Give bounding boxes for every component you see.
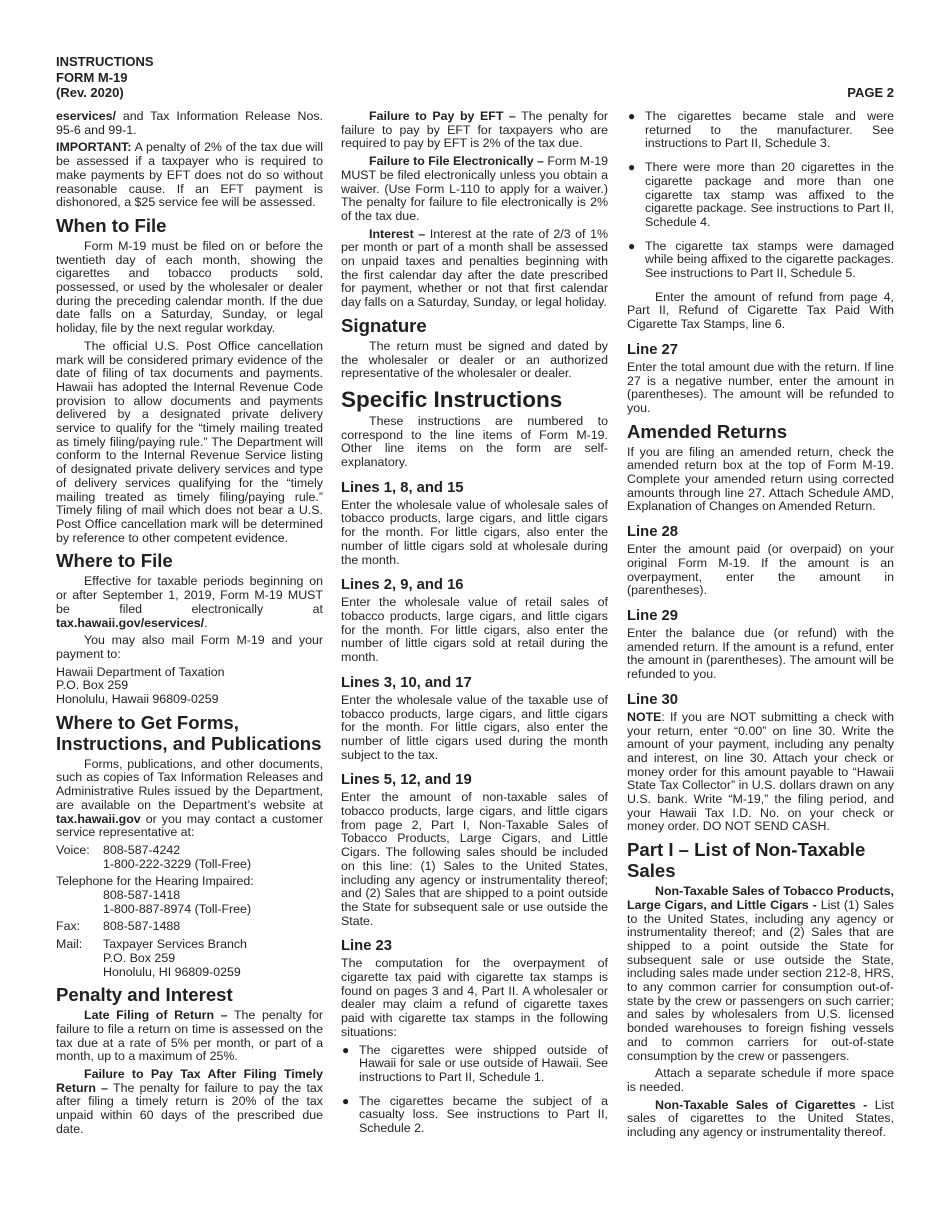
interest-label: Interest – [369, 227, 425, 241]
refund-paragraph: Enter the amount of refund from page 4, … [627, 291, 894, 332]
list-item: ●The cigarette tax stamps were damaged w… [627, 240, 894, 281]
contact-voice: Voice: 808-587-4242 1-800-222-3229 (Toll… [56, 844, 323, 871]
refund-situations-bullets: ●The cigarettes became stale and were re… [627, 110, 894, 281]
line-30-paragraph: NOTE: If you are NOT submitting a check … [627, 711, 894, 834]
important-paragraph: IMPORTANT: A penalty of 2% of the tax du… [56, 141, 323, 210]
line-29-heading: Line 29 [627, 607, 894, 625]
interest-paragraph: Interest – Interest at the rate of 2/3 o… [341, 228, 608, 310]
failure-to-pay-paragraph: Failure to Pay Tax After Filing Timely R… [56, 1068, 323, 1137]
bullet-icon: ● [342, 1044, 349, 1058]
bullet-icon: ● [628, 240, 635, 254]
address-line: Hawaii Department of Taxation [56, 666, 323, 680]
header-form-number: FORM M-19 [56, 70, 154, 86]
line-23-text: The computation for the overpayment of c… [341, 957, 608, 1039]
bullet-text: The cigarettes became stale and were ret… [645, 109, 894, 150]
lines-2-9-16-heading: Lines 2, 9, and 16 [341, 576, 608, 594]
part-1-tobacco-paragraph: Non-Taxable Sales of Tobacco Products, L… [627, 885, 894, 1063]
address-line: P.O. Box 259 [56, 679, 323, 693]
hearing-number: 808-587-1418 [103, 889, 323, 903]
line-28-text: Enter the amount paid (or overpaid) on y… [627, 543, 894, 598]
intro-link-text: eservices/ [56, 109, 116, 123]
line-23-bullets: ●The cigarettes were shipped outside of … [341, 1044, 608, 1136]
bullet-text: The cigarettes became the subject of a c… [359, 1094, 608, 1135]
mailing-address: Hawaii Department of Taxation P.O. Box 2… [56, 666, 323, 707]
line-30-heading: Line 30 [627, 691, 894, 709]
eft-paragraph: Failure to Pay by EFT – The penalty for … [341, 110, 608, 151]
part-1-cigarettes-paragraph: Non-Taxable Sales of Cigarettes - List s… [627, 1099, 894, 1140]
line-30-text: : If you are NOT submitting a check with… [627, 710, 894, 834]
eft-label: Failure to Pay by EFT – [369, 109, 516, 123]
hearing-impaired-label: Telephone for the Hearing Impaired: [56, 875, 323, 889]
tobacco-text: List (1) Sales to the United States, inc… [627, 898, 894, 1063]
line-23-heading: Line 23 [341, 937, 608, 955]
page-number: PAGE 2 [847, 86, 894, 100]
line-29-text: Enter the balance due (or refund) with t… [627, 627, 894, 682]
bullet-text: There were more than 20 cigarettes in th… [645, 160, 894, 229]
mail-line: Honolulu, HI 96809-0259 [103, 966, 323, 980]
mail-line: P.O. Box 259 [103, 952, 323, 966]
when-to-file-p2: The official U.S. Post Office cancellati… [56, 340, 323, 546]
line-27-text: Enter the total amount due with the retu… [627, 361, 894, 416]
header-revision: (Rev. 2020) [56, 85, 154, 101]
when-to-file-p1: Form M-19 must be filed on or before the… [56, 240, 323, 336]
contact-hearing: 808-587-1418 1-800-887-8974 (Toll-Free) [56, 889, 323, 916]
voice-label: Voice: [56, 844, 103, 871]
part-1-heading: Part I – List of Non-Taxable Sales [627, 839, 894, 881]
bullet-icon: ● [342, 1095, 349, 1109]
efile-paragraph: Failure to File Electronically – Form M-… [341, 155, 608, 224]
forms-text: Forms, publications, and other documents… [56, 757, 323, 812]
when-to-file-heading: When to File [56, 215, 323, 236]
voice-tollfree: 1-800-222-3229 (Toll-Free) [103, 858, 323, 872]
where-to-get-forms-heading: Where to Get Forms, Instructions, and Pu… [56, 712, 323, 754]
contact-mail: Mail: Taxpayer Services Branch P.O. Box … [56, 938, 323, 979]
specific-instructions-paragraph: These instructions are numbered to corre… [341, 415, 608, 470]
where-to-file-text: Effective for taxable periods beginning … [56, 574, 323, 615]
where-to-file-p2: You may also mail Form M-19 and your pay… [56, 634, 323, 661]
fax-number: 808-587-1488 [103, 920, 323, 934]
list-item: ●The cigarettes became the subject of a … [341, 1095, 608, 1136]
amended-returns-text: If you are filing an amended return, che… [627, 446, 894, 515]
penalty-interest-heading: Penalty and Interest [56, 984, 323, 1005]
header-title: INSTRUCTIONS [56, 54, 154, 70]
list-item: ●The cigarettes were shipped outside of … [341, 1044, 608, 1085]
lines-1-8-15-text: Enter the wholesale value of wholesale s… [341, 499, 608, 568]
line-27-heading: Line 27 [627, 341, 894, 359]
lines-1-8-15-heading: Lines 1, 8, and 15 [341, 479, 608, 497]
mail-line: Taxpayer Services Branch [103, 938, 323, 952]
signature-heading: Signature [341, 315, 608, 336]
fax-label: Fax: [56, 920, 103, 934]
note-label: NOTE [627, 710, 661, 724]
lines-3-10-17-heading: Lines 3, 10, and 17 [341, 674, 608, 692]
form-header: INSTRUCTIONS FORM M-19 (Rev. 2020) [56, 54, 154, 101]
column-middle: Failure to Pay by EFT – The penalty for … [341, 110, 608, 1146]
lines-3-10-17-text: Enter the wholesale value of the taxable… [341, 694, 608, 763]
line-28-heading: Line 28 [627, 523, 894, 541]
column-left: eservices/ and Tax Information Release N… [56, 110, 323, 1141]
intro-paragraph: eservices/ and Tax Information Release N… [56, 110, 323, 137]
where-to-file-heading: Where to File [56, 550, 323, 571]
late-filing-label: Late Filing of Return – [84, 1008, 228, 1022]
hearing-tollfree: 1-800-887-8974 (Toll-Free) [103, 903, 323, 917]
amended-returns-heading: Amended Returns [627, 421, 894, 442]
eservices-link[interactable]: tax.hawaii.gov/eservices/ [56, 616, 204, 630]
late-filing-paragraph: Late Filing of Return – The penalty for … [56, 1009, 323, 1064]
forms-paragraph: Forms, publications, and other documents… [56, 758, 323, 840]
bullet-icon: ● [628, 110, 635, 124]
bullet-icon: ● [628, 161, 635, 175]
where-to-file-p1: Effective for taxable periods beginning … [56, 575, 323, 630]
list-item: ●There were more than 20 cigarettes in t… [627, 161, 894, 230]
list-item: ●The cigarettes became stale and were re… [627, 110, 894, 151]
signature-paragraph: The return must be signed and dated by t… [341, 340, 608, 381]
address-line: Honolulu, Hawaii 96809-0259 [56, 693, 323, 707]
where-to-file-end: . [204, 616, 207, 630]
website-link[interactable]: tax.hawaii.gov [56, 812, 141, 826]
specific-instructions-heading: Specific Instructions [341, 387, 608, 413]
bullet-text: The cigarette tax stamps were damaged wh… [645, 239, 894, 280]
part-1-attach-paragraph: Attach a separate schedule if more space… [627, 1067, 894, 1094]
mail-label: Mail: [56, 938, 103, 979]
lines-5-12-19-heading: Lines 5, 12, and 19 [341, 771, 608, 789]
cigarettes-label: Non-Taxable Sales of Cigarettes - [655, 1098, 867, 1112]
column-right: ●The cigarettes became stale and were re… [627, 110, 894, 1144]
important-label: IMPORTANT: [56, 140, 131, 154]
lines-5-12-19-text: Enter the amount of non-taxable sales of… [341, 791, 608, 928]
efile-label: Failure to File Electronically – [369, 154, 544, 168]
voice-number: 808-587-4242 [103, 844, 323, 858]
contact-fax: Fax: 808-587-1488 [56, 920, 323, 934]
bullet-text: The cigarettes were shipped outside of H… [359, 1043, 608, 1084]
lines-2-9-16-text: Enter the wholesale value of retail sale… [341, 596, 608, 665]
